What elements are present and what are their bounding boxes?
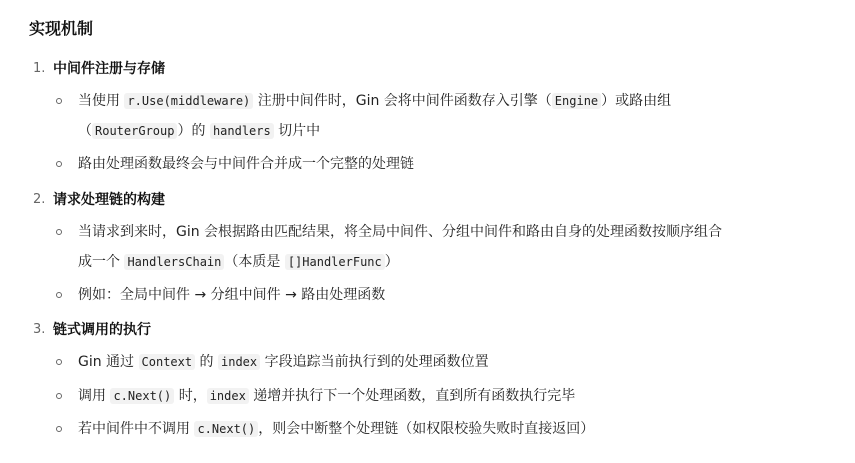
bullet-icon (56, 229, 62, 235)
text-span: （ (78, 123, 92, 139)
list-title-2: 请求处理链的构建 (53, 190, 165, 210)
list-number-3: 3. (33, 320, 45, 340)
bullet-icon (56, 292, 62, 298)
text-span: ）的 (177, 123, 209, 139)
list-title-1: 中间件注册与存储 (53, 59, 165, 79)
code-span: index (218, 354, 260, 370)
list-item-line: 成一个 HandlersChain（本质是 []HandlerFunc） (78, 252, 399, 272)
list-item-line: 调用 c.Next() 时，index 递增并执行下一个处理函数，直到所有函数执… (78, 386, 575, 406)
list-item-line: （RouterGroup）的 handlers 切片中 (78, 121, 320, 141)
section-heading: 实现机制 (29, 17, 93, 41)
list-title-3: 链式调用的执行 (53, 320, 151, 340)
code-span: c.Next() (194, 421, 258, 437)
bullet-icon (56, 393, 62, 399)
list-number-2: 2. (33, 190, 45, 210)
bullet-icon (56, 161, 62, 167)
code-span: handlers (210, 123, 274, 139)
text-span: 注册中间件时，Gin 会将中间件函数存入引擎（ (253, 93, 552, 109)
text-span: 成一个 (78, 254, 124, 270)
text-span: 当使用 (78, 93, 124, 109)
list-item-line: 例如：全局中间件 → 分组中间件 → 路由处理函数 (78, 285, 385, 305)
list-item-line: 若中间件中不调用 c.Next()，则会中断整个处理链（如权限校验失败时直接返回… (78, 419, 594, 439)
text-span: ）或路由组 (601, 93, 671, 109)
list-item-line: 当请求到来时，Gin 会根据路由匹配结果，将全局中间件、分组中间件和路由自身的处… (78, 222, 722, 242)
code-span: []HandlerFunc (285, 254, 385, 270)
text-span: 时， (174, 388, 206, 404)
text-span: Gin 通过 (78, 354, 139, 370)
text-span: 当请求到来时，Gin 会根据路由匹配结果，将全局中间件、分组中间件和路由自身的处… (78, 224, 722, 240)
list-item-line: Gin 通过 Context 的 index 字段追踪当前执行到的处理函数位置 (78, 352, 489, 372)
text-span: 切片中 (274, 123, 320, 139)
code-span: RouterGroup (92, 123, 177, 139)
text-span: （本质是 (224, 254, 284, 270)
list-item-line: 路由处理函数最终会与中间件合并成一个完整的处理链 (78, 154, 414, 174)
code-span: r.Use(middleware) (124, 93, 253, 109)
code-span: c.Next() (110, 388, 174, 404)
bullet-icon (56, 98, 62, 104)
code-span: HandlersChain (124, 254, 224, 270)
text-span: 例如：全局中间件 → 分组中间件 → 路由处理函数 (78, 287, 385, 303)
text-span: 的 (195, 354, 218, 370)
list-item-line: 当使用 r.Use(middleware) 注册中间件时，Gin 会将中间件函数… (78, 91, 671, 111)
bullet-icon (56, 359, 62, 365)
list-number-1: 1. (33, 59, 45, 79)
text-span: 路由处理函数最终会与中间件合并成一个完整的处理链 (78, 156, 414, 172)
text-span: 若中间件中不调用 (78, 421, 194, 437)
code-span: Context (139, 354, 196, 370)
text-span: 调用 (78, 388, 110, 404)
text-span: 递增并执行下一个处理函数，直到所有函数执行完毕 (249, 388, 575, 404)
text-span: 字段追踪当前执行到的处理函数位置 (260, 354, 488, 370)
document: 实现机制 1. 中间件注册与存储 当使用 r.Use(middleware) 注… (0, 0, 855, 463)
text-span: ，则会中断整个处理链（如权限校验失败时直接返回） (258, 421, 594, 437)
bullet-icon (56, 426, 62, 432)
code-span: Engine (552, 93, 601, 109)
code-span: index (207, 388, 249, 404)
text-span: ） (385, 254, 399, 270)
